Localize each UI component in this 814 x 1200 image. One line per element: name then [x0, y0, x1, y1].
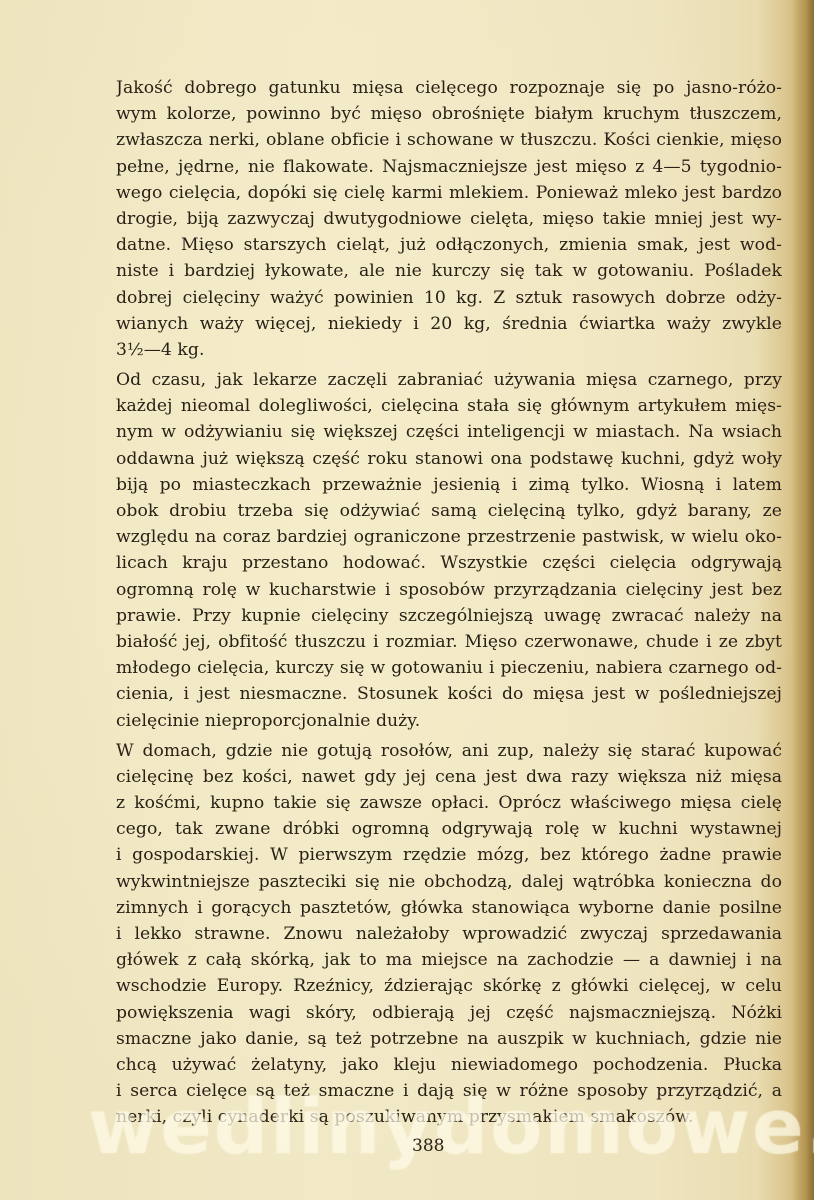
text-line: dobrej cielęciny ważyć powinien 10 kg. Z… [116, 285, 782, 311]
paragraph-1: Jakość dobrego gatunku mięsa cielęcego r… [116, 75, 782, 363]
text-line: młodego cielęcia, kurczy się w gotowaniu… [116, 655, 782, 681]
text-line: prawie. Przy kupnie cielęciny szczególni… [116, 603, 782, 629]
text-line: drogie, biją zazwyczaj dwutygodniowe cie… [116, 206, 782, 232]
text-line: Jakość dobrego gatunku mięsa cielęcego r… [116, 75, 782, 101]
text-line: wschodzie Europy. Rzeźnicy, ździerając s… [116, 973, 782, 999]
text-line: W domach, gdzie nie gotują rosołów, ani … [116, 738, 782, 764]
text-line: niste i bardziej łykowate, ale nie kurcz… [116, 258, 782, 284]
text-line: smaczne jako danie, są też potrzebne na … [116, 1026, 782, 1052]
text-line: obok drobiu trzeba się odżywiać samą cie… [116, 498, 782, 524]
text-line: chcą używać żelatyny, jako kleju niewiad… [116, 1052, 782, 1078]
text-line: i serca cielęce są też smaczne i dają si… [116, 1078, 782, 1104]
text-line: pełne, jędrne, nie flakowate. Najsmaczni… [116, 154, 782, 180]
text-line: biją po miasteczkach przeważnie jesienią… [116, 472, 782, 498]
text-line: główek z całą skórką, jak to ma miejsce … [116, 947, 782, 973]
text-line: nym w odżywianiu się większej części int… [116, 419, 782, 445]
text-line: cielęcinę bez kości, nawet gdy jej cena … [116, 764, 782, 790]
text-line: nerki, czyli cynaderki są poszukiwanym p… [116, 1104, 782, 1130]
text-line: białość jej, obfitość tłuszczu i rozmiar… [116, 629, 782, 655]
text-line: oddawna już większą część roku stanowi o… [116, 446, 782, 472]
text-line: datne. Mięso starszych cieląt, już odłąc… [116, 232, 782, 258]
text-line: ogromną rolę w kucharstwie i sposobów pr… [116, 577, 782, 603]
body-text: Jakość dobrego gatunku mięsa cielęcego r… [116, 75, 782, 1131]
text-line: licach kraju przestano hodować. Wszystki… [116, 550, 782, 576]
text-line: wianych waży więcej, niekiedy i 20 kg, ś… [116, 311, 782, 337]
text-line: wego cielęcia, dopóki się cielę karmi ml… [116, 180, 782, 206]
text-line: cego, tak zwane dróbki ogromną odgrywają… [116, 816, 782, 842]
page-number: 388 [412, 1136, 444, 1156]
page-edge-shadow [792, 0, 814, 1200]
text-line: z kośćmi, kupno takie się zawsze opłaci.… [116, 790, 782, 816]
book-page: Jakość dobrego gatunku mięsa cielęcego r… [0, 0, 814, 1200]
text-line: zimnych i gorących pasztetów, główka sta… [116, 895, 782, 921]
text-line: każdej nieomal dolegliwości, cielęcina s… [116, 393, 782, 419]
paragraph-2: Od czasu, jak lekarze zaczęli zabraniać … [116, 367, 782, 734]
text-line: i gospodarskiej. W pierwszym rzędzie móz… [116, 842, 782, 868]
text-line: cielęcinie nieproporcjonalnie duży. [116, 708, 782, 734]
text-line: względu na coraz bardziej ograniczone pr… [116, 524, 782, 550]
text-line: zwłaszcza nerki, oblane obficie i schowa… [116, 127, 782, 153]
text-line: Od czasu, jak lekarze zaczęli zabraniać … [116, 367, 782, 393]
text-line: cienia, i jest niesmaczne. Stosunek kośc… [116, 681, 782, 707]
text-line: i lekko strawne. Znowu należałoby wprowa… [116, 921, 782, 947]
text-line: 3½—4 kg. [116, 337, 782, 363]
text-line: wym kolorze, powinno być mięso obrośnięt… [116, 101, 782, 127]
text-line: wykwintniejsze paszteciki się nie obchod… [116, 869, 782, 895]
paragraph-3: W domach, gdzie nie gotują rosołów, ani … [116, 738, 782, 1131]
text-line: powiększenia wagi skóry, odbierają jej c… [116, 1000, 782, 1026]
